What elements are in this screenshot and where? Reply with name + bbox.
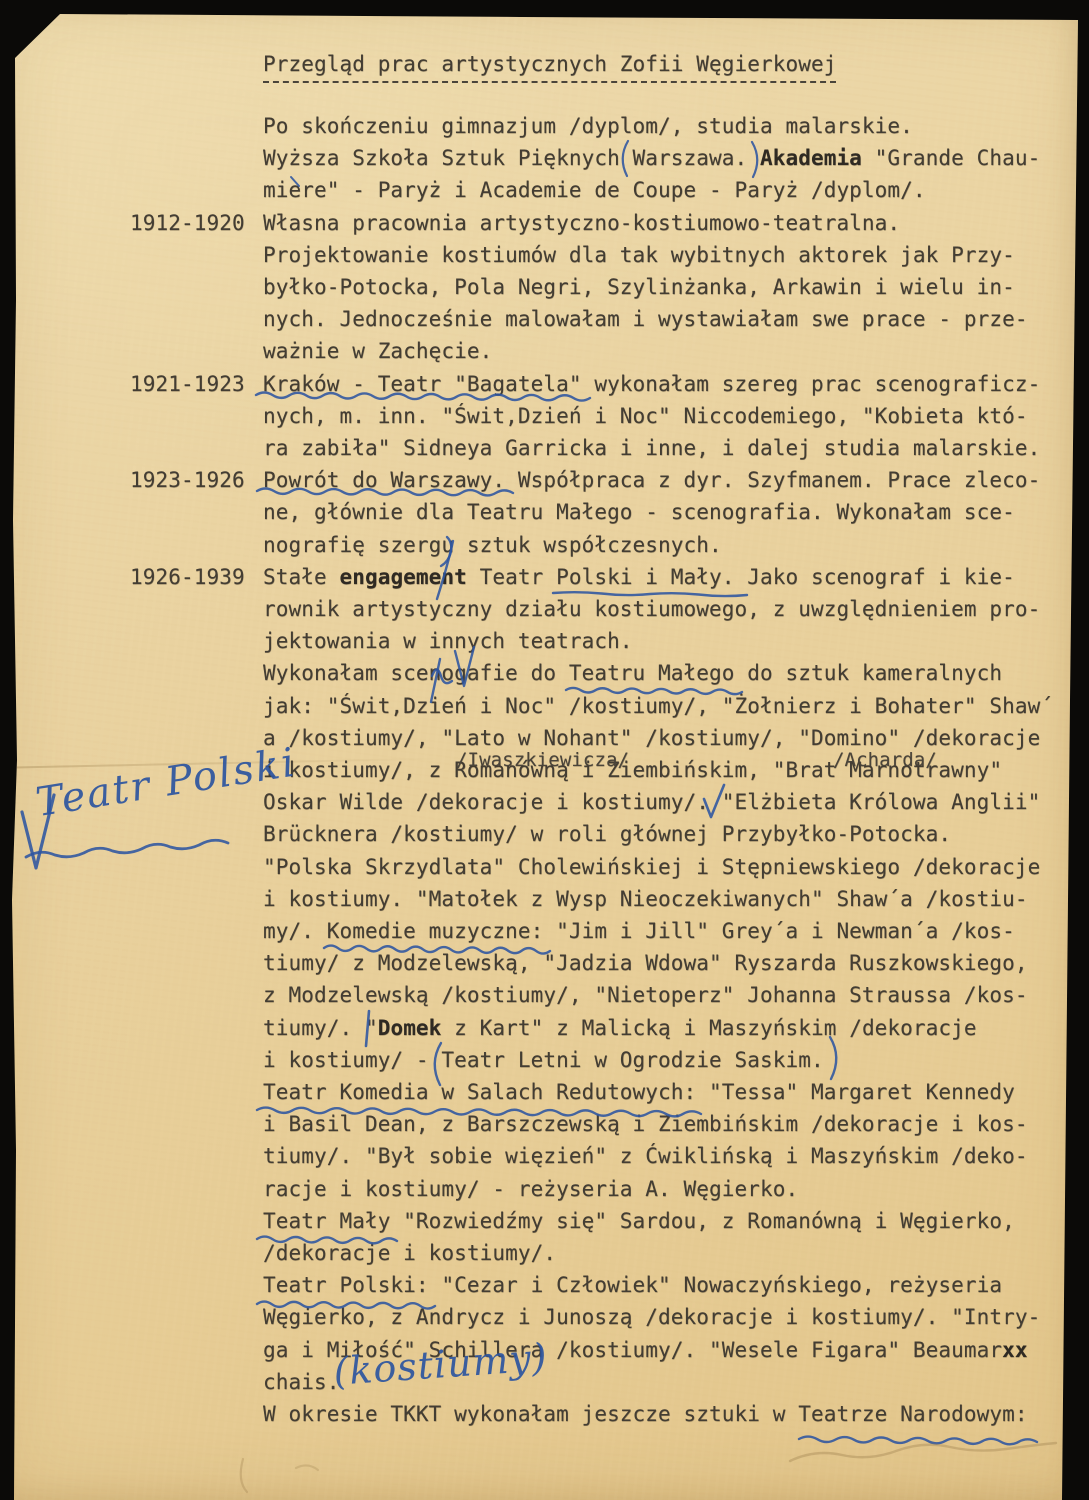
scanned-document: Przegląd prac artystycznych Zofii Węgier… xyxy=(0,0,1089,1500)
typed-line: Teatr Mały "Rozwiedźmy się" Sardou, z Ro… xyxy=(263,1211,1015,1232)
date-label: 1926-1939 xyxy=(130,567,263,588)
typed-line: i Basil Dean, z Barszczewską i Ziembińsk… xyxy=(263,1114,1028,1135)
typed-line: Węgierko, z Andrycz i Junoszą /dekoracje… xyxy=(263,1307,1040,1328)
typed-line: nych. Jednocześnie malowałam i wystawiał… xyxy=(263,309,1028,330)
typed-line: Oskar Wilde /dekoracje i kostiumy/. "Elż… xyxy=(263,792,1040,813)
typed-line: Brücknera /kostiumy/ w roli głównej Przy… xyxy=(263,824,951,845)
typed-line: jak: "Świt,Dzień i Noc" /kostiumy/, "Żoł… xyxy=(263,696,1053,717)
typed-line: Wyższa Szkoła Sztuk Pięknych Warszawa. A… xyxy=(263,148,1040,169)
typed-line: my/. Komedie muzyczne: "Jim i Jill" Grey… xyxy=(263,921,1015,942)
typed-content: Przegląd prac artystycznych Zofii Węgier… xyxy=(0,0,1089,1500)
typed-line: Projektowanie kostiumów dla tak wybitnyc… xyxy=(263,245,1015,266)
typed-line: "Polska Skrzydlata" Cholewińskiej i Stęp… xyxy=(263,857,1040,878)
typed-line: Własna pracownia artystyczno-kostiumowo-… xyxy=(263,213,900,234)
typed-line: miere" - Paryż i Academie de Coupe - Par… xyxy=(263,180,926,201)
typed-line: nografię szergu sztuk współczesnych. xyxy=(263,535,722,556)
interline-insert: /Acharda/ xyxy=(833,749,937,771)
typed-line: Powrót do Warszawy. Współpraca z dyr. Sz… xyxy=(263,470,1040,491)
typed-line: tiumy/. "Domek z Kart" z Malicką i Maszy… xyxy=(263,1018,977,1039)
typed-line: nych, m. inn. "Świt,Dzień i Noc" Niccode… xyxy=(263,406,1028,427)
typed-line: i kostiumy. "Matołek z Wysp Nieoczekiwan… xyxy=(263,889,1028,910)
typed-line: jektowania w innych teatrach. xyxy=(263,631,633,652)
typed-line: z Modzelewską /kostiumy/, "Nietoperz" Jo… xyxy=(263,985,1028,1006)
date-label: 1921-1923 xyxy=(130,374,263,395)
typed-line: rownik artystyczny działu kostiumowego, … xyxy=(263,599,1040,620)
typed-line: chais. xyxy=(263,1372,339,1393)
typed-line: Kraków - Teatr "Bagatela" wykonałam szer… xyxy=(263,374,1040,395)
typed-line: tiumy/. "Był sobie więzień" z Ćwiklińską… xyxy=(263,1146,1028,1167)
document-title: Przegląd prac artystycznych Zofii Węgier… xyxy=(263,52,836,83)
typed-line: a /kostiumy/, "Lato w Nohant" /kostiumy/… xyxy=(263,728,1040,749)
interline-insert: /Iwaszkiewicza/ xyxy=(456,749,629,771)
typed-line: Teatr Komedia w Salach Redutowych: "Tess… xyxy=(263,1082,1015,1103)
typed-line: ważnie w Zachęcie. xyxy=(263,341,492,362)
typed-line: Po skończeniu gimnazjum /dyplom/, studia… xyxy=(263,116,913,137)
typed-line: ra zabiła" Sidneya Garricka i inne, i da… xyxy=(263,438,1040,459)
typed-line: tiumy/ z Modzelewską, "Jadzia Wdowa" Rys… xyxy=(263,953,1028,974)
typed-line: racje i kostiumy/ - reżyseria A. Węgierk… xyxy=(263,1179,798,1200)
typed-line: Stałe engagement Teatr Polski i Mały. Ja… xyxy=(263,567,1015,588)
typed-line: ne, głównie dla Teatru Małego - scenogra… xyxy=(263,502,1015,523)
typed-line: /dekoracje i kostiumy/. xyxy=(263,1243,556,1264)
typed-line: Teatr Polski: "Cezar i Człowiek" Nowaczy… xyxy=(263,1275,1002,1296)
typed-line: W okresie TKKT wykonałam jeszcze sztuki … xyxy=(263,1404,1028,1425)
typed-line: i kostiumy/ - Teatr Letni w Ogrodzie Sas… xyxy=(263,1050,824,1071)
date-label: 1923-1926 xyxy=(130,470,263,491)
date-label: 1912-1920 xyxy=(130,213,263,234)
typed-line: byłko-Potocka, Pola Negri, Szylinżanka, … xyxy=(263,277,1015,298)
typed-line: Wykonałam scenogafie do Teatru Małego do… xyxy=(263,663,1002,684)
